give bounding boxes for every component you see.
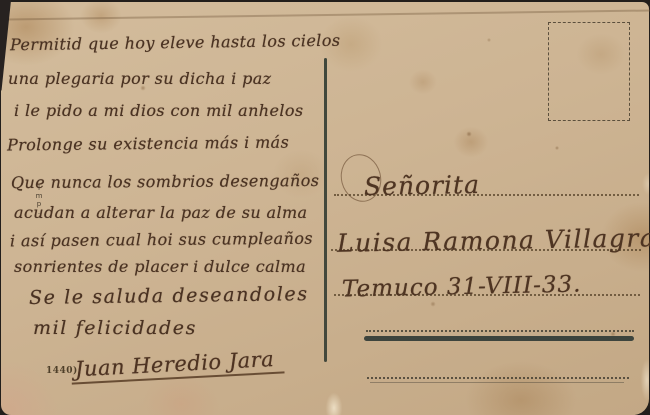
signature-name: Juan Heredio Jara (70, 346, 284, 384)
message-line: i así pasen cual hoi sus cumpleaños (10, 229, 313, 251)
message-line: Que nunca los sombrios desengaños (11, 171, 319, 192)
message-line: Se le saluda deseandoles (29, 283, 309, 309)
address-rule-thin (370, 382, 624, 383)
message-line: mil felicidades (33, 317, 197, 339)
address-line-date: Temuco 31-VIII-33. (334, 250, 640, 296)
address-rule-thick (364, 336, 634, 341)
address-rule-dotted (366, 330, 634, 332)
message-line: acudan a alterar la paz de su alma (14, 203, 307, 222)
message-line: una plegaria por su dicha i paz (8, 69, 272, 88)
salutation-text: Señorita (364, 170, 480, 201)
message-line: Prolonge su existencia más i más (7, 133, 289, 155)
address-line-salutation: Señorita (334, 150, 639, 196)
postcard: Permitid que hoy eleve hasta los cielos … (1, 2, 649, 415)
paper-crease (0, 9, 650, 20)
message-line: i le pido a mi dios con mil anhelos (14, 101, 304, 120)
place-date-text: Temuco 31-VIII-33. (342, 271, 582, 302)
scan-background: Permitid que hoy eleve hasta los cielos … (0, 0, 650, 415)
address-rule-dashed (367, 377, 629, 379)
divider-line (324, 58, 327, 362)
message-line: Permitid que hoy eleve hasta los cielos (10, 31, 341, 55)
stamp-box (548, 22, 630, 121)
message-line: sonrientes de placer i dulce calma (14, 257, 306, 276)
address-line-recipient: Luisa Ramona Villagra (331, 200, 641, 251)
printer-mark: Imp. (35, 184, 43, 216)
